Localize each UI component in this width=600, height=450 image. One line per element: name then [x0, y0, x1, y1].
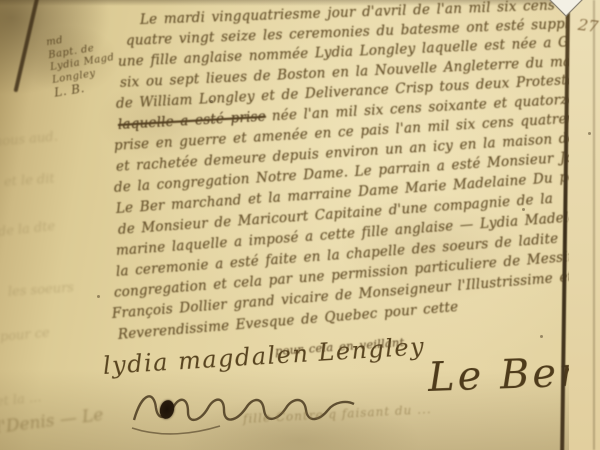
illegible-signature-flourish	[132, 426, 220, 434]
signature-le-ber: Le Ber	[427, 350, 582, 401]
ink-speck	[522, 208, 525, 211]
next-page-sliver	[569, 0, 600, 450]
ink-speck	[97, 295, 100, 298]
manuscript-photo: nous aud. et le dit de la dte les soeurs…	[0, 0, 600, 450]
ink-speck	[588, 132, 591, 135]
page-corner-tag-shape	[549, 0, 583, 16]
next-page-edge-line	[593, 0, 595, 450]
page-number-mark: 27	[577, 15, 600, 36]
margin-note: md Bapt. de Lydia Magd Longley L. B.	[46, 27, 120, 99]
ink-speck	[540, 335, 543, 338]
ink-speck	[210, 100, 213, 103]
